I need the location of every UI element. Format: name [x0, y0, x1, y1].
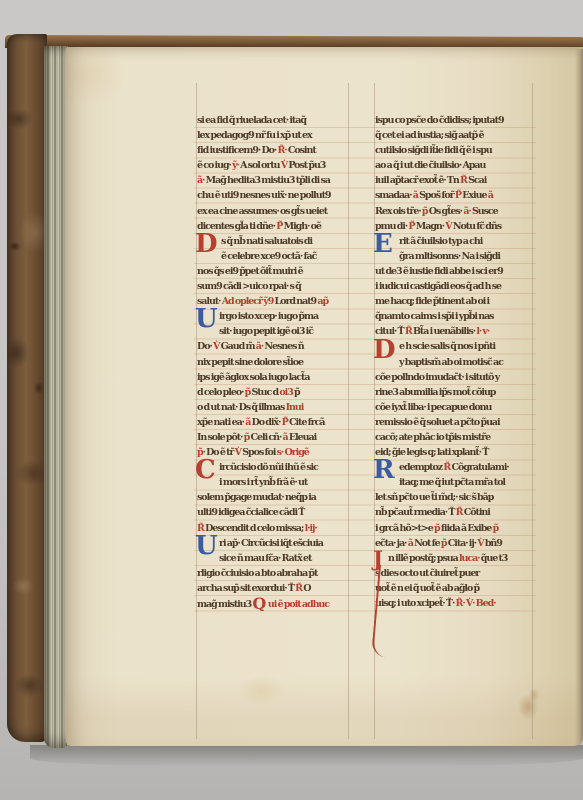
- ink-text: o d ut nat· Ds q̃ illmas: [197, 402, 286, 413]
- text-line: chu ẽ uti9 nesnes uix̃· ne pollut9: [197, 188, 349, 203]
- rubric-text: ap̃: [317, 296, 328, 307]
- ink-text: Cite frcã: [289, 417, 325, 428]
- text-line: In sole põt· p̃ Celi cñ· ã Eleuai: [197, 430, 349, 445]
- ink-text: ao a q̃ i ut die c̃iuilsio· Apau: [375, 160, 485, 171]
- text-line: ã· Mag̃ hedita3 mistiu3 tp̃li di sa: [197, 173, 349, 188]
- ink-text: nb̃ pc̃aut̃ rmedia· T̃: [375, 507, 456, 518]
- rubric-text: ã: [488, 190, 493, 201]
- ink-text: e h scie salis q̃ nos i pñti: [399, 341, 495, 352]
- text-line: me hacq; fide p̃tinent ab oi i: [375, 294, 533, 309]
- ink-text: cõe iyxt̃ liba· i pecapue donu: [375, 402, 491, 413]
- ink-text: Cosint: [288, 145, 316, 156]
- rubric-text: luca·: [459, 553, 481, 564]
- ink-text: Cõtini: [464, 507, 490, 518]
- ink-text: q̃namto caims i sp̃i i ypb̃i nas: [375, 311, 493, 322]
- ink-text: mag̃ mistiu3: [197, 599, 252, 610]
- ink-text: solem p̃gage mudat· neq̃p ia: [197, 492, 316, 503]
- ink-text: Spos̃ for̃: [419, 190, 455, 201]
- ink-text: Eleuai: [289, 432, 316, 443]
- ink-text: Scai: [468, 175, 486, 186]
- text-line: R̃ Descendit d celo missa; l·ij·: [197, 521, 349, 536]
- illuminated-initial-E: E: [373, 231, 397, 258]
- text-line: cõe pollndo imudac̃t· i situtõ y: [375, 370, 533, 385]
- ink-text: y baptism̃ ab oi motisc̃ ac: [399, 357, 503, 368]
- ink-text: Susce: [472, 206, 498, 217]
- rubric-text: P̃: [276, 221, 283, 232]
- ink-text: Nesnes ñ: [264, 341, 303, 352]
- ink-text: cacõ; ate phãc io tp̃is mistr̃e: [375, 432, 490, 443]
- photograph-of-manuscript-book: si ea fid q̃ riuelada cet· itaq̃lex peda…: [0, 0, 583, 800]
- ink-text: si ea fid q̃ riuelada cet· itaq̃: [197, 115, 306, 126]
- ink-text: fid iustificem9· Do·: [197, 145, 277, 156]
- ink-text: irgo isto xcep· iugo p̃ma: [219, 311, 318, 322]
- ink-text: ex ea cine assumes· os gt̃s ueiet: [197, 206, 327, 217]
- ink-text: ri ap̃· Circũcisi iq̃t es̃ciuia: [219, 538, 323, 549]
- ink-text: g̃ra mltisonns· Na i sig̃di: [399, 251, 500, 262]
- rubric-text: Q: [252, 596, 268, 611]
- text-line: smadaa· ã Spos̃ for̃ P̃ Exiue ã: [375, 188, 533, 203]
- text-line: xp̃e nati ea· ã Do dix̃· P̃ Cite frcã: [197, 415, 349, 430]
- text-line: p̃· Do ẽ tr̃ V̇ Spos foi s· Origẽ: [197, 445, 349, 460]
- rubric-text: s· Origẽ: [277, 447, 309, 458]
- book-drop-shadow: [30, 745, 583, 767]
- ink-text: q̃ cet ei ad iustia; sig̃ aatp̃ ẽ: [375, 130, 483, 141]
- text-line: mag̃ mistiu3 Q ui ẽ poit adhuc: [197, 596, 349, 611]
- rubric-text: R̃: [443, 462, 451, 473]
- stacked-page-fore-edges: [44, 46, 68, 748]
- text-line: rligio c̃ciuisio a bto abraha p̃t: [197, 566, 349, 581]
- text-line: ispu co psc̃e do c̃didiss; iputat9: [375, 113, 533, 128]
- ink-text: Celi cñ·: [251, 432, 283, 443]
- text-line: ex ea cine assumes· os gt̃s ueiet: [197, 204, 349, 219]
- text-line: i iudicui castigãdi eos q̃ ad h se: [375, 279, 533, 294]
- ink-text: bñ9: [485, 538, 502, 549]
- ink-text: Do·: [197, 341, 213, 352]
- ink-text: sum9 cãdi >uico rpai· s q̃: [197, 281, 301, 292]
- parchment-page: si ea fid q̃ riuelada cet· itaq̃lex peda…: [66, 47, 583, 746]
- leather-spine: [7, 34, 47, 742]
- text-line: cõe iyxt̃ liba· i pecapue donu: [375, 400, 533, 415]
- rubric-text: P̃: [282, 417, 289, 428]
- ink-text: Cita· ij·: [448, 538, 478, 549]
- ink-text: Os gt̃es·: [429, 206, 464, 217]
- text-line: salut· Ad oplecr̃ ỹ9 Lord nat9 ap̃: [197, 294, 349, 309]
- ink-text: i iudicui castigãdi eos q̃ ad h se: [375, 281, 501, 292]
- text-line: cutilsio sig̃di it̃ie fidi q̃ ẽ i spu: [375, 143, 533, 158]
- text-column-right: ispu co psc̃e do c̃didiss; iputat9q̃ cet…: [375, 113, 533, 611]
- ink-text: d celo pleo·: [197, 387, 245, 398]
- text-line: cacõ; ate phãc io tp̃is mistr̃e: [375, 430, 533, 445]
- ink-text: Bt̃a i uenãbilis·: [413, 326, 476, 337]
- ink-text: fiida ã Exibe: [441, 523, 493, 534]
- text-line: e h scie salis q̃ nos i pñti: [375, 339, 533, 354]
- rubric-text: V̇: [213, 341, 221, 352]
- text-line: eid; g̃ie legis q; lati xplant̃· T̃: [375, 445, 533, 460]
- rubric-text: V̇: [477, 538, 485, 549]
- rubric-text: Inui: [286, 402, 304, 413]
- text-line: ec̃ta· ja· ã Not fe p̃ Cita· ij· V̇ bñ9: [375, 536, 533, 551]
- text-line: itaq; me q̃ iut pc̃ta mr̃a tol: [375, 475, 533, 490]
- rubric-text: oi3: [279, 387, 294, 398]
- ink-text: Cõgratulami·: [452, 462, 509, 473]
- text-line: ẽ celebre xce9 octã· fac̃: [197, 249, 349, 264]
- text-line: Do· V̇ Gaud m̃ ã· Nesnes ñ: [197, 339, 349, 354]
- rubric-text: V̇: [445, 221, 453, 232]
- text-line: q̃namto caims i sp̃i i ypb̃i nas: [375, 309, 533, 324]
- ink-text: i mors i rt̃ ynb̃ frã ẽ· ut: [219, 477, 307, 488]
- ink-text: ispu co psc̃e do c̃didiss; iputat9: [375, 115, 504, 126]
- rubric-text: ã·: [463, 206, 472, 217]
- ink-text: Stuc d: [252, 387, 280, 398]
- ink-text: Spos foi: [242, 447, 276, 458]
- text-line: ulti9 idigea c̃cialice cãdi T̃: [197, 505, 349, 520]
- rubric-text: p̃: [441, 538, 448, 549]
- illuminated-initial-D: D: [195, 231, 219, 258]
- ink-text: ulti9 idigea c̃cialice cãdi T̃: [197, 507, 304, 518]
- text-line: g̃ra mltisonns· Na i sig̃di: [375, 249, 533, 264]
- ink-text: Descendit d celo missa;: [205, 523, 304, 534]
- rubric-text: p̃: [493, 523, 499, 534]
- illuminated-initial-C: C: [195, 457, 219, 484]
- right-page-edge-shadow: [575, 49, 583, 746]
- illuminated-initial-U: U: [195, 533, 219, 560]
- text-line: ips igẽ ãglox sola iugo lact̃a: [197, 370, 349, 385]
- text-line: archa sup̃ sit exordui· T̃ R̃ O: [197, 581, 349, 596]
- ink-text: rit ã c̃iuilsio typ a chi: [399, 236, 482, 247]
- rubric-text: R̃: [456, 507, 464, 518]
- text-line: solem p̃gage mudat· neq̃p ia: [197, 490, 349, 505]
- ink-text: sit· iugo pepit igẽ oi3 ic̃: [219, 326, 313, 337]
- ink-text: iuil ap̃tacr̃ exot̃ ẽ· Tn: [375, 175, 460, 186]
- ink-text: cõe pollndo imudac̃t· i situtõ y: [375, 372, 499, 383]
- rubric-text: ỹ·: [232, 160, 240, 171]
- text-line: si ea fid q̃ riuelada cet· itaq̃: [197, 113, 349, 128]
- text-line: irgo isto xcep· iugo p̃ma: [197, 309, 349, 324]
- text-line: dicentes gl̃a ti dñe· P̃ Migh· oẽ: [197, 219, 349, 234]
- illuminated-initial-J: J: [373, 548, 387, 570]
- text-line: ut de3 ẽ iustie fidi abbe i sci er9: [375, 264, 533, 279]
- text-line: q̃ cet ei ad iustia; sig̃ aatp̃ ẽ: [375, 128, 533, 143]
- rubric-text: R̃: [405, 326, 413, 337]
- ink-text: A sol ortu: [240, 160, 281, 171]
- text-column-left: si ea fid q̃ riuelada cet· itaq̃lex peda…: [197, 113, 349, 611]
- rubric-text: p̃: [434, 523, 441, 534]
- illuminated-initial-U: U: [195, 306, 219, 333]
- ink-text: cutilsio sig̃di it̃ie fidi q̃ ẽ i spu: [375, 145, 492, 156]
- text-line: fid iustificem9· Do· R̃· Cosint: [197, 143, 349, 158]
- ink-text: Exiue: [462, 190, 487, 201]
- ink-text: xp̃e nati ea·: [197, 417, 245, 428]
- ink-text: nos q̃s ei9 p̃pet õit̃ muiri ẽ: [197, 266, 303, 277]
- ink-text: Gaud m̃: [221, 341, 256, 352]
- ink-text: ips igẽ ãglox sola iugo lact̃a: [197, 372, 309, 383]
- ink-text: rligio c̃ciuisio a bto abraha p̃t: [197, 568, 317, 579]
- ink-text: sice ñ mau fc̃a· Ratx̃ et: [219, 553, 311, 564]
- text-line: sum9 cãdi >uico rpai· s q̃: [197, 279, 349, 294]
- ink-text: Mag̃ hedita3 mistiu3 tp̃li di sa: [206, 175, 330, 186]
- rubric-text: ui ẽ poit adhuc: [268, 599, 329, 610]
- text-line: lex pedagog9 nr̃ fu i xp̃ ut ex: [197, 128, 349, 143]
- text-line: s dies octo ut c̃iuiret̃ puer: [375, 566, 533, 581]
- text-line: uot̃ ẽ n ei q̃ uot̃ ẽ ab ag̃lo p̃: [375, 581, 533, 596]
- text-line: iuil ap̃tacr̃ exot̃ ẽ· Tn R̃ Scai: [375, 173, 533, 188]
- ink-text: nix pepit sine dolore st̃ioe: [197, 357, 303, 368]
- ink-text: Do dix̃·: [252, 417, 282, 428]
- text-line: sit· iugo pepit igẽ oi3 ic̃: [197, 324, 349, 339]
- text-line: nos q̃s ei9 p̃pet õit̃ muiri ẽ: [197, 264, 349, 279]
- text-line: o d ut nat· Ds q̃ illmas Inui: [197, 400, 349, 415]
- rubric-text: l· v·: [476, 326, 489, 337]
- rubric-text: l·ij·: [305, 523, 317, 534]
- ink-text: me hacq; fide p̃tinent ab oi i: [375, 296, 489, 307]
- ink-text: Not fe: [414, 538, 441, 549]
- ink-text: q̃ue t3: [481, 553, 508, 564]
- ink-text: i grcã hõ>t>e: [375, 523, 434, 534]
- ink-text: archa sup̃ sit exordui· T̃: [197, 583, 295, 594]
- ink-text: ut de3 ẽ iustie fidi abbe i sci er9: [375, 266, 503, 277]
- text-line: d celo pleo· p̃ Stuc d oi3 p̃: [197, 385, 349, 400]
- rubric-text: R̃: [460, 175, 468, 186]
- ink-text: n illẽ postq̃; psua: [388, 553, 459, 564]
- text-line: n illẽ postq̃; psua luca· q̃ue t3: [375, 551, 533, 566]
- ink-text: p̃: [294, 387, 300, 398]
- rubric-text: p̃: [245, 387, 252, 398]
- ink-text: O: [303, 583, 310, 594]
- illuminated-initial-R: R: [373, 457, 397, 484]
- text-line: edemptoz R̃ Cõgratulami·: [375, 460, 533, 475]
- text-line: s q̃ nb̃ nati saluatois di: [197, 234, 349, 249]
- rubric-text: p̃: [244, 432, 251, 443]
- text-line: uisq; i uto xcipet̃· T̃· R̃· V̇· Bed·: [375, 596, 533, 611]
- ink-text: ẽ celebre xce9 octã· fac̃: [221, 251, 316, 262]
- text-line: ri ap̃· Circũcisi iq̃t es̃ciuia: [197, 536, 349, 551]
- ink-text: In sole põt·: [197, 432, 244, 443]
- ink-text: edemptoz: [399, 462, 443, 473]
- ink-text: let sñ pc̃to ue t̃i m̃d;· sic s̃ bãp: [375, 492, 493, 503]
- ink-text: ẽ co iug·: [197, 160, 232, 171]
- ink-text: rine3 abumilia ip̃s mot̃ cõiup: [375, 387, 495, 398]
- text-line: remissio ẽ q̃ soluet a pc̃to p̃uai: [375, 415, 533, 430]
- ink-text: Lord nat9: [275, 296, 318, 307]
- text-line: rine3 abumilia ip̃s mot̃ cõiup: [375, 385, 533, 400]
- text-line: citui· T̃ R̃ Bt̃a i uenãbilis· l· v·: [375, 324, 533, 339]
- text-line: i grcã hõ>t>e p̃ fiida ã Exibe p̃: [375, 521, 533, 536]
- rubric-text: R̃·: [277, 145, 287, 156]
- rubric-text: ã·: [197, 175, 206, 186]
- text-line: ao a q̃ i ut die c̃iuilsio· Apau: [375, 158, 533, 173]
- ink-text: smadaa·: [375, 190, 413, 201]
- text-line: sice ñ mau fc̃a· Ratx̃ et: [197, 551, 349, 566]
- text-line: let sñ pc̃to ue t̃i m̃d;· sic s̃ bãp: [375, 490, 533, 505]
- text-line: Rex ois tr̃e· p̃ Os gt̃es· ã· Susce: [375, 204, 533, 219]
- text-line: nix pepit sine dolore st̃ioe: [197, 355, 349, 370]
- ink-text: s q̃ nb̃ nati saluatois di: [221, 236, 312, 247]
- ink-text: Magn·: [416, 221, 446, 232]
- text-line: i mors i rt̃ ynb̃ frã ẽ· ut: [197, 475, 349, 490]
- ink-text: Post p̃u3: [288, 160, 325, 171]
- rubric-text: p̃: [422, 206, 429, 217]
- illuminated-initial-D: D: [373, 337, 397, 364]
- rubric-text: P̃: [408, 221, 415, 232]
- text-line: rit ã c̃iuilsio typ a chi: [375, 234, 533, 249]
- ink-text: Notu fc̃ dñs: [453, 221, 501, 232]
- ink-text: remissio ẽ q̃ soluet a pc̃to p̃uai: [375, 417, 500, 428]
- text-line: nb̃ pc̃aut̃ rmedia· T̃ R̃ Cõtini: [375, 505, 533, 520]
- text-line: ircũcisio dõ nũi ihũ ẽ sic: [197, 460, 349, 475]
- ink-text: Migh· oẽ: [284, 221, 321, 232]
- ink-text: chu ẽ uti9 nesnes uix̃· ne pollut9: [197, 190, 331, 201]
- rubric-text: Ad oplecr̃ ỹ9: [222, 296, 275, 307]
- ink-text: lex pedagog9 nr̃ fu i xp̃ ut ex: [197, 130, 312, 141]
- ink-text: Rex ois tr̃e·: [375, 206, 422, 217]
- text-line: y baptism̃ ab oi motisc̃ ac: [375, 355, 533, 370]
- rubric-text: R̃· V̇· Bed·: [455, 598, 495, 609]
- ink-text: ircũcisio dõ nũi ihũ ẽ sic: [219, 462, 318, 473]
- text-line: ẽ co iug· ỹ· A sol ortu V̇ Post p̃u3: [197, 158, 349, 173]
- text-line: pmu di· P̃ Magn· V̇ Notu fc̃ dñs: [375, 219, 533, 234]
- ink-text: itaq; me q̃ iut pc̃ta mr̃a tol: [399, 477, 505, 488]
